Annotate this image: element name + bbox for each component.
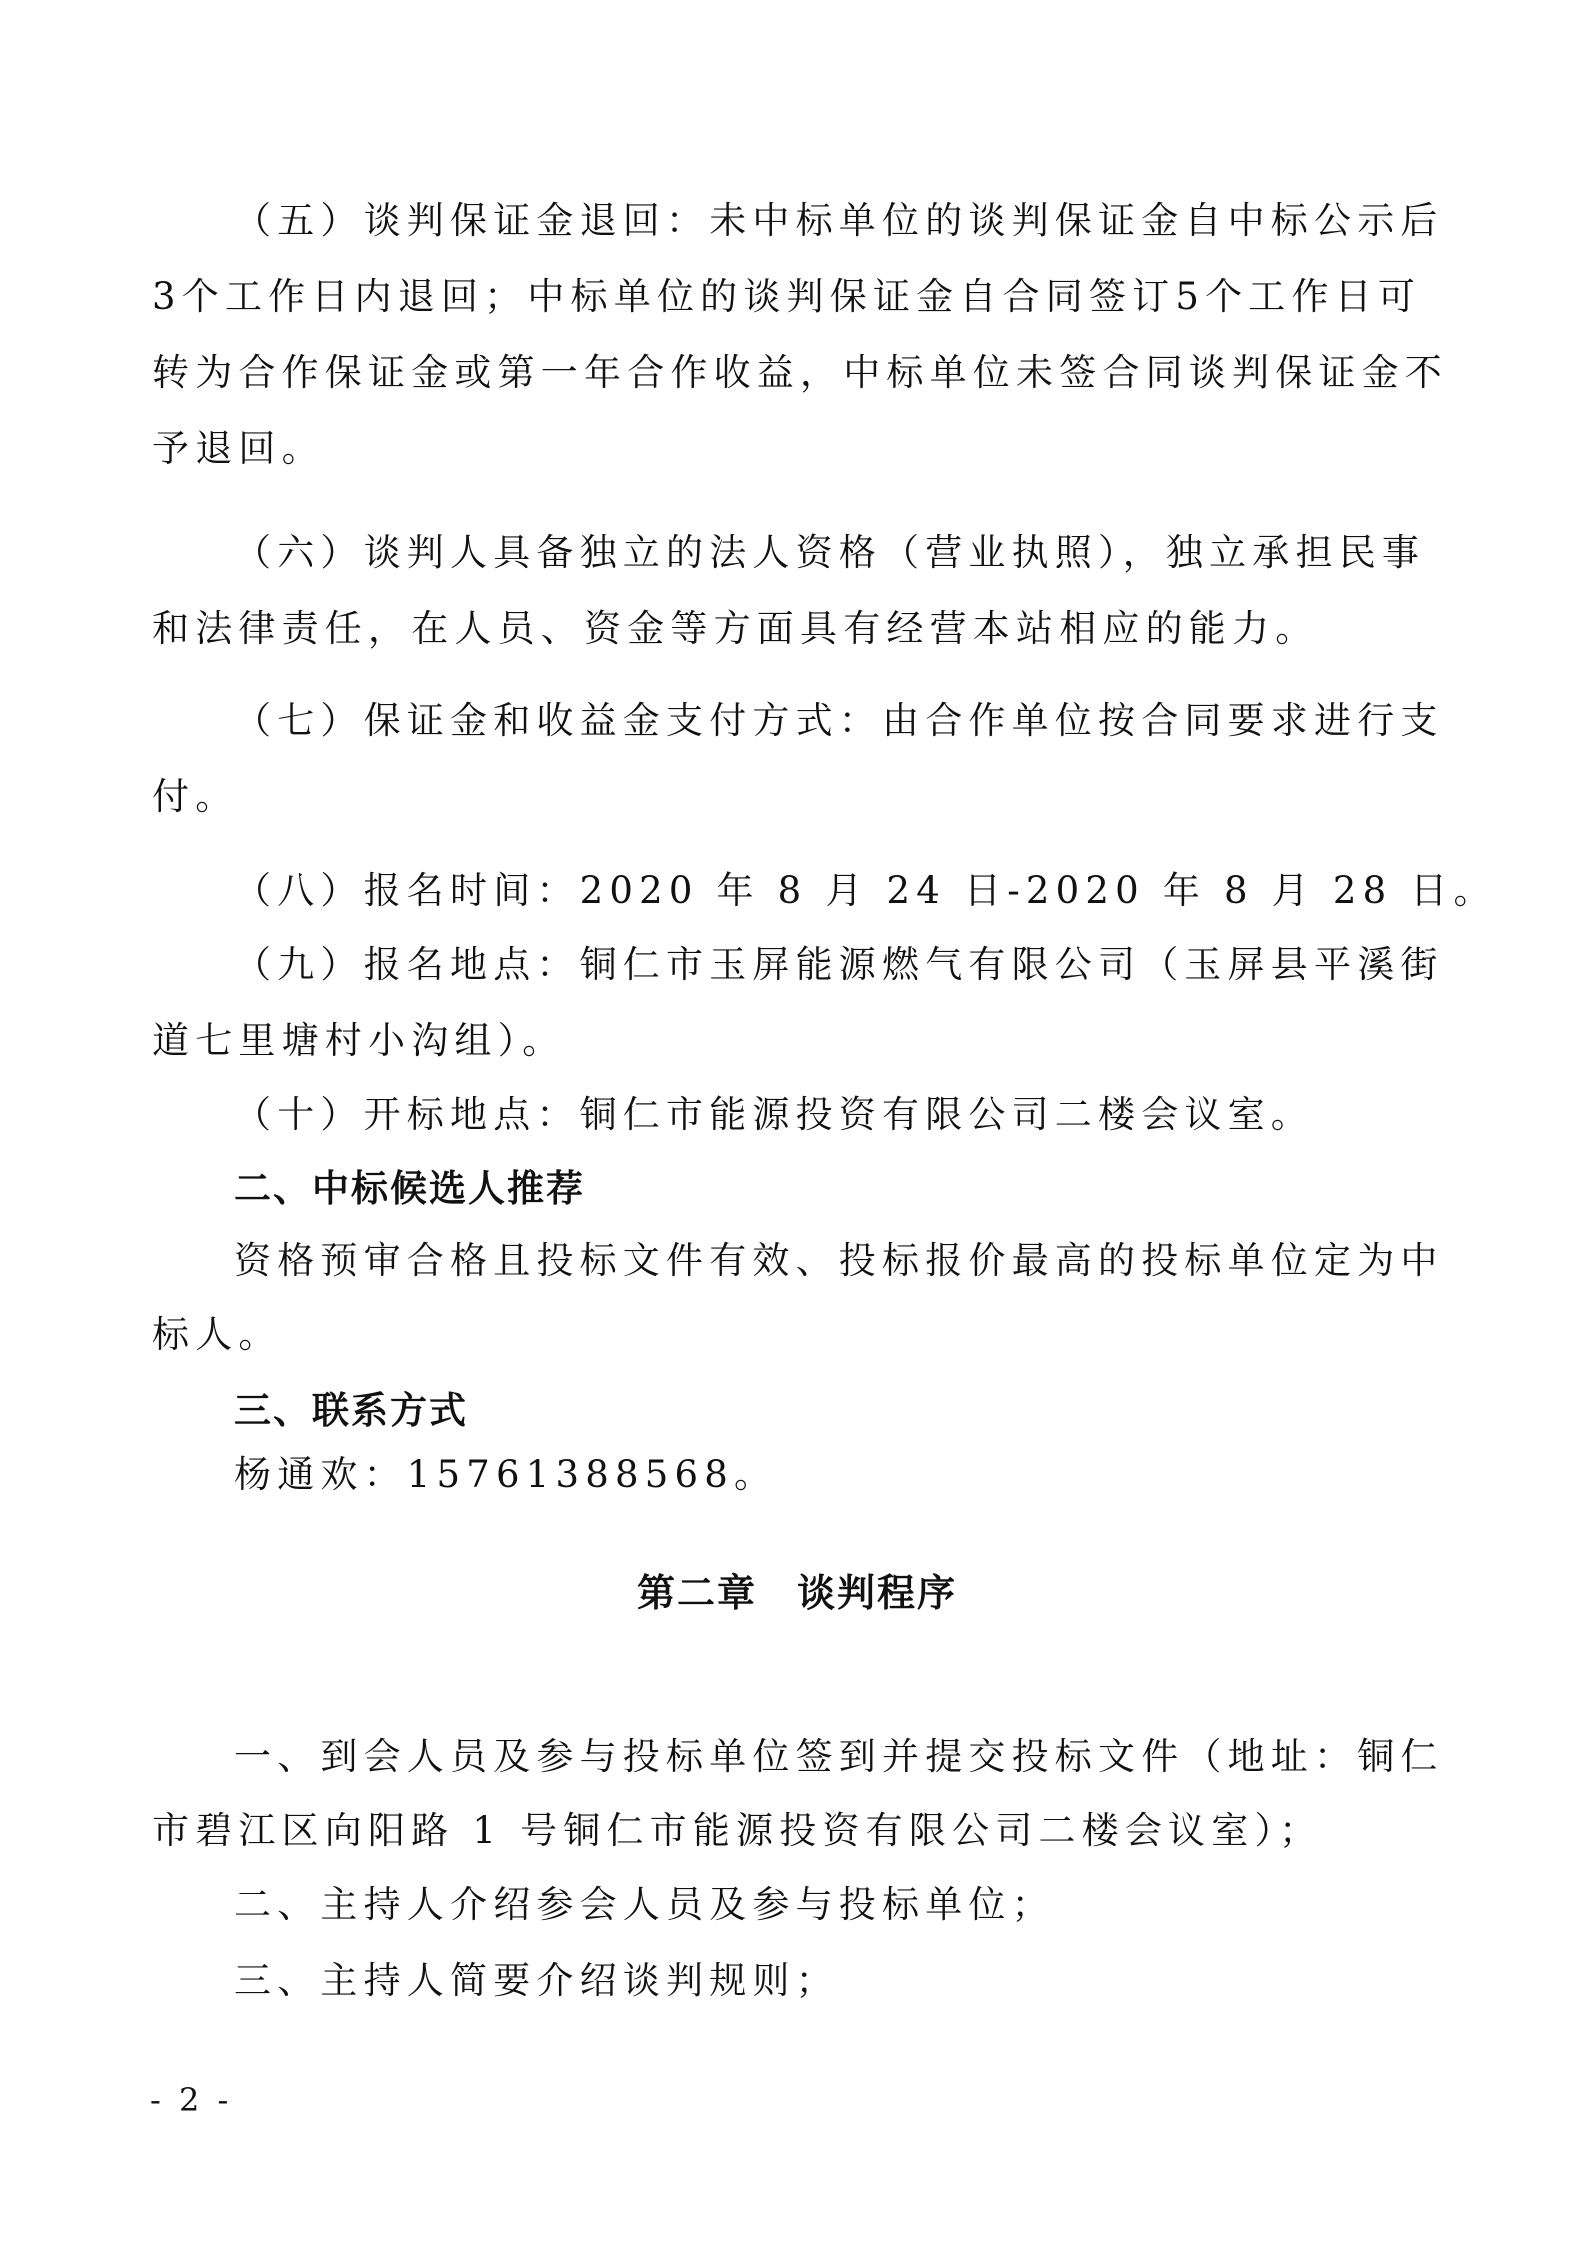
item-6-line-1: （六）谈判人具备独立的法人资格（营业执照），独立承担民事: [234, 528, 1425, 578]
page-number: - 2 -: [150, 2080, 232, 2120]
item-9-line-1: （九）报名地点：铜仁市玉屏能源燃气有限公司（玉屏县平溪街: [234, 940, 1444, 990]
step-1-line-2: 市碧江区向阳路 1 号铜仁市能源投资有限公司二楼会议室）；: [152, 1806, 1322, 1856]
item-7-line-2: 付。: [152, 772, 238, 822]
step-2: 二、主持人介绍参会人员及参与投标单位；: [234, 1880, 1055, 1930]
item-9-line-2: 道七里塘村小沟组）。: [152, 1016, 566, 1066]
item-5-line-4: 予退回。: [152, 424, 325, 474]
chapter-two-title: 第二章 谈判程序: [152, 1568, 1442, 1618]
item-7-line-1: （七）保证金和收益金支付方式：由合作单位按合同要求进行支: [234, 696, 1444, 746]
contact-info: 杨通欢：15761388568。: [234, 1450, 777, 1500]
item-5-line-2: 3个工作日内退回；中标单位的谈判保证金自合同签订5个工作日可: [152, 272, 1421, 322]
section-two-line-1: 资格预审合格且投标文件有效、投标报价最高的投标单位定为中: [234, 1236, 1444, 1286]
item-8-registration-time: （八）报名时间：2020 年 8 月 24 日-2020 年 8 月 28 日。: [234, 866, 1497, 916]
item-5-line-3: 转为合作保证金或第一年合作收益，中标单位未签合同谈判保证金不: [152, 348, 1448, 398]
section-two-line-2: 标人。: [152, 1310, 282, 1360]
item-5-line-1: （五）谈判保证金退回：未中标单位的谈判保证金自中标公示后: [234, 196, 1444, 246]
item-10-bid-opening-location: （十）开标地点：铜仁市能源投资有限公司二楼会议室。: [234, 1090, 1314, 1140]
item-6-line-2: 和法律责任，在人员、资金等方面具有经营本站相应的能力。: [152, 604, 1318, 654]
section-three-heading: 三、联系方式: [234, 1386, 468, 1436]
step-3: 三、主持人简要介绍谈判规则；: [234, 1956, 839, 2006]
section-two-heading: 二、中标候选人推荐: [234, 1164, 585, 1214]
step-1-line-1: 一、到会人员及参与投标单位签到并提交投标文件（地址：铜仁: [234, 1732, 1444, 1782]
